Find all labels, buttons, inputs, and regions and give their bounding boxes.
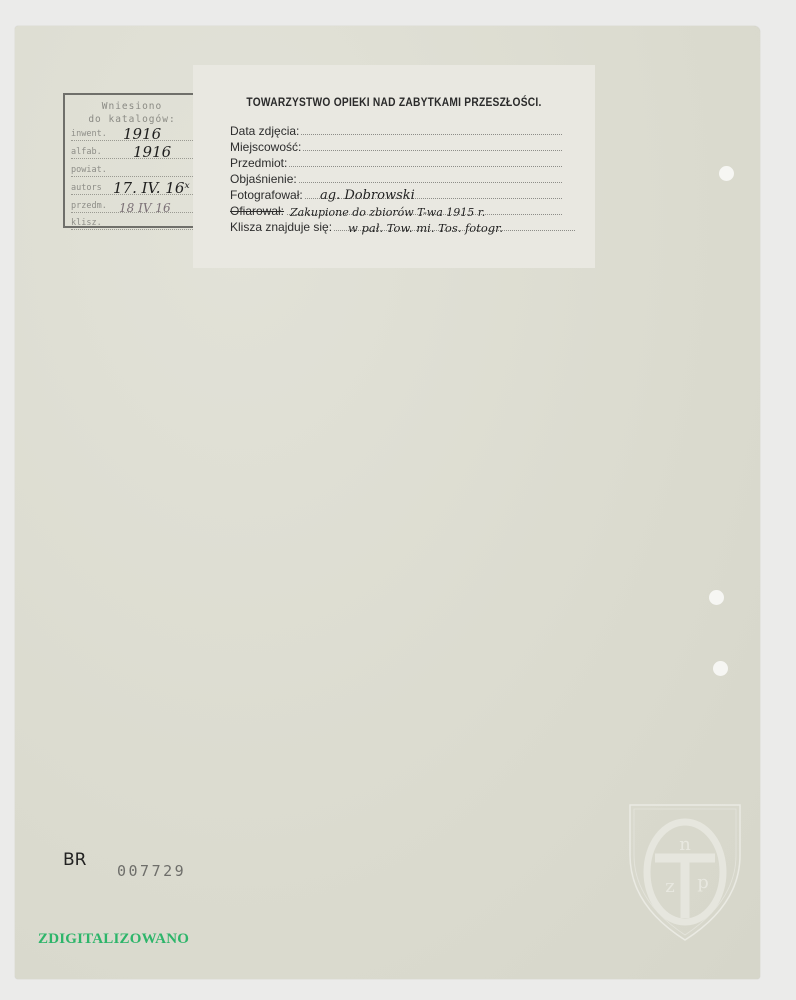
catalog-stamp: Wniesiono do katalogów: inwent. 1916 alf… [63,93,200,228]
card-title: TOWARZYSTWO OPIEKI NAD ZABYTKAMI PRZESZŁ… [223,95,565,109]
stamp-label: inwent. [71,129,107,139]
stamp-label: przedm. [71,201,107,211]
field-ofiarowal: Ofiarował: Zakupione do zbiorów T-wa 191… [230,201,562,218]
stamp-label: autors [71,183,102,193]
field-value: Zakupione do zbiorów T-wa 1915 r. [290,206,485,219]
stamp-row-klisz: klisz. [71,213,193,230]
field-label: Ofiarował: [230,204,286,218]
shield-watermark-icon: n z p [625,800,745,945]
stamp-row-inwent: inwent. 1916 [71,124,193,141]
stamp-row-autors: autors 17. IV. 16ˣ [71,178,193,195]
stamp-label: alfab. [71,147,102,157]
field-label: Fotografował: [230,188,305,202]
digitized-stamp: ZDIGITALIZOWANO [38,931,189,948]
field-label: Klisza znajduje się: [230,220,334,234]
field-objasnienie: Objaśnienie: [230,169,562,186]
field-fotografowal: Fotografował: ag. Dobrowski [230,185,562,202]
field-label: Objaśnienie: [230,172,299,186]
field-miejscowosc: Miejscowość: [230,137,562,154]
stamp-value: 17. IV. 16ˣ [113,179,190,197]
field-label: Przedmiot: [230,156,289,170]
field-value: ag. Dobrowski [320,188,415,203]
stamp-value: 1916 [123,125,161,143]
handwritten-code: BR [63,850,86,870]
punch-hole [709,590,724,605]
field-data-zdjecia: Data zdjęcia: [230,121,562,138]
field-label: Miejscowość: [230,140,303,154]
stamp-label: powiat. [71,165,107,175]
svg-text:z: z [665,876,674,897]
field-label: Data zdjęcia: [230,124,301,138]
stamp-title-line1: Wniesiono [65,101,199,112]
punch-hole [713,661,728,676]
society-record-card: TOWARZYSTWO OPIEKI NAD ZABYTKAMI PRZESZŁ… [193,65,595,268]
svg-text:n: n [679,834,691,855]
field-przedmiot: Przedmiot: [230,153,562,170]
stamp-row-przedm: przedm. 18 IV 16 [71,196,193,213]
svg-text:p: p [697,872,709,893]
stamp-row-alfab: alfab. 1916 [71,142,193,159]
stamp-row-powiat: powiat. [71,160,193,177]
stamp-label: klisz. [71,218,102,228]
punch-hole [719,166,734,181]
field-value: w pał. Tow. mi. Tos. fotogr. [348,221,503,235]
inventory-number: 007729 [117,862,186,880]
field-klisza: Klisza znajduje się: w pał. Tow. mi. Tos… [230,217,575,234]
stamp-value: 1916 [133,143,171,161]
